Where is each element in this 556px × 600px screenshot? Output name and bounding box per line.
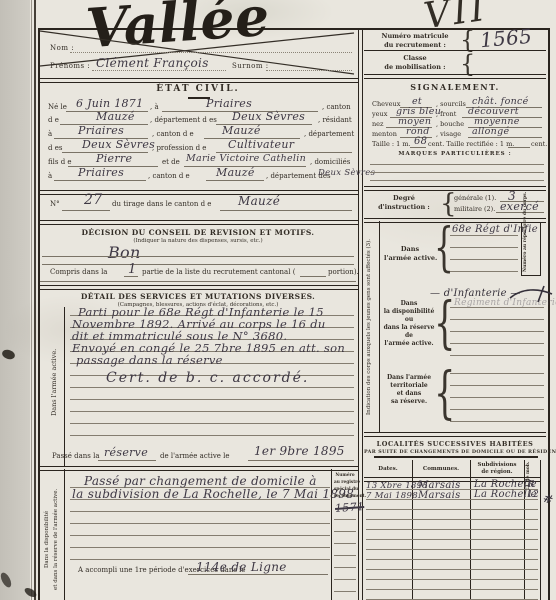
ec-printed: , à [150,103,159,111]
section-divider [38,285,358,290]
recensement-col-line [331,469,332,600]
tirage-no-value: 27 [84,192,102,208]
ec-printed: à [48,130,52,138]
ec-printed: , canton [322,103,351,111]
rule-line [40,281,356,282]
rule-line [124,276,138,277]
reserve-entry: Passé par changement de domicile à [84,474,317,488]
accompli-value: 114e de Ligne [196,560,287,574]
classe-label: de mobilisation : [368,63,462,71]
sig-hand: allongé [472,126,509,137]
classe-label: Classe [368,54,462,62]
col-subdivisions: de région. [470,469,524,475]
ec-printed: Né le [48,103,67,111]
detail-title: DÉTAIL DES SERVICES ET MUTATIONS DIVERSE… [38,292,358,301]
dispo-label: ou [382,316,436,323]
dispo-label: la disponibilité [382,308,436,315]
territoriale-label: territoriale [382,382,436,389]
ec-printed: à [48,172,52,180]
territoriale-label: sa réserve. [382,398,436,405]
sig-printed: , front [436,110,456,118]
ec-hand: Deux Sèvres [232,110,305,123]
recensement-header: Numéro [334,472,356,477]
rule-line [42,256,354,257]
rule-line [188,574,328,575]
ec-hand: Priaires [78,124,124,137]
ec-printed: d e [48,116,59,124]
territoriale-label: et dans [382,390,436,397]
instruction-label: Degré [374,194,434,202]
compris-a: Compris dans la [50,268,107,276]
militaire-label: militaire (2). [454,205,495,213]
ec-hand: Priaires [78,166,124,179]
matricule-value: 1565 [479,24,533,52]
tirage-canton: Mauzé [238,194,280,208]
detail-side-label: Dans l'armée active. [50,325,62,440]
col-subdivisions: Subdivisions [470,462,524,468]
nom-label: Nom : [50,44,74,52]
column-divider [362,28,363,600]
tirage-text: du tirage dans le canton d e [112,200,211,208]
dispo-label: l'armée active. [382,340,436,347]
decision-value: Bon [108,243,141,262]
rule-line [98,460,156,461]
ec-hand: Mauzé [96,110,135,123]
ec-printed: et de [162,158,180,166]
sig-printed: yeux [372,110,387,118]
ruled-lines [334,508,356,598]
ec-hand: Deux Sèvres [82,138,155,151]
ec-printed: , profession d e [152,144,206,152]
passe-v2: 1er 9bre 1895 [254,444,345,458]
loc-commune: Marsais [418,490,461,501]
surnom-label: Surnom : [232,62,269,70]
col-dates: Dates. [364,466,412,472]
reserve-entry: la subdivision de La Rochelle, le 7 Mai … [72,487,354,501]
decision-subtitle: (Indiquer la nature des dispenses, sursi… [38,238,358,244]
ec-printed: , département [304,130,354,138]
rule-line [496,212,544,213]
rule-line [70,52,352,53]
ec-printed: , canton d e [148,172,190,180]
sig-printed: , bouche [436,120,464,128]
rule-line [62,210,110,211]
ec-hand: Deux Sèvres [318,168,375,178]
row-line [364,50,546,51]
rule-line [410,147,426,148]
dispo-label: Dans [382,300,436,307]
dispo-label: dans la réserve [382,324,436,331]
etat-civil-title: ÉTAT CIVIL. [38,84,358,94]
inner-divider [379,221,380,432]
dispo-label: de [382,332,436,339]
subtitle-bar [374,456,538,458]
repertoire-label: Numéro au répertoire du corps. [523,224,537,272]
reserve-side-label: et dans la réserve de l'armée active. [53,478,62,600]
instruction-label: d'instruction : [374,203,434,211]
matricule-label: du recrutement : [368,41,462,49]
passe-v1: réserve [104,446,148,459]
col-communes: Communes. [412,466,470,472]
rule-line [220,210,352,211]
inner-divider [64,469,65,600]
rule-line [42,264,354,265]
tirage-no-label: N° [50,200,60,208]
ec-hand: Priaires [206,97,252,110]
rule-line [300,276,326,277]
prenoms-value: Clément François [96,56,209,70]
corps-side-label: Indication des corps auxquels les jeunes… [366,224,377,430]
signalement-title: SIGNALEMENT. [364,82,546,92]
decision-title: DÉCISION DU CONSEIL DE REVISION ET MOTIF… [38,228,358,237]
reserve-side-label: Dans la disponibilité [44,478,53,600]
ec-printed: fils d e [48,158,72,166]
ec-hand: Mauzé [216,166,255,179]
sig-printed: cent. Taille rectifiée : 1 m. [428,140,514,148]
recensement-header: recensement. [334,493,356,498]
rule-line [266,70,352,71]
localites-title: LOCALITÉS SUCCESSIVES HABITÉES [364,440,546,448]
rule-line [54,180,146,181]
ec-hand: Mauzé [222,124,261,137]
dispo-faint-entry: Régiment d'Infanterie [454,298,556,308]
section-divider [38,78,358,83]
rule-line [92,70,226,71]
section-divider [38,220,358,225]
section-divider [364,74,546,79]
sig-printed: , visage [436,130,461,138]
ec-printed: , résidant [318,116,352,124]
section-divider [38,466,358,471]
ec-hand: Pierre [96,152,132,165]
rule-line [508,147,530,148]
sig-printed: Taille : 1 m. [372,140,411,148]
recensement-header: au registre [334,479,356,484]
ec-printed: , canton d e [152,130,194,138]
loc-date: 7 Mai 1898 [366,491,418,501]
ruled-lines [450,362,544,430]
section-divider [364,432,546,437]
brace: { [460,28,475,52]
ruled-lines [370,157,544,183]
compris-value: 1 [128,262,137,277]
ec-hand: Cultivateur [228,138,294,151]
ec-printed: , département d es [150,116,217,124]
service-entry: passage dans la réserve [76,353,223,367]
ec-hand: 6 Juin 1871 [76,97,143,110]
sig-hand: 68 [414,136,427,147]
inner-divider [64,307,65,466]
loc-classe: 12 [527,490,539,500]
passe-b: de l'armée active le [160,452,230,460]
rule-line [468,137,542,138]
matricule-label: Numéro matricule [368,32,462,40]
armee-active-label: Dans [384,245,436,253]
prenoms-label: Prénoms : [50,62,90,70]
ec-printed: , domiciliés [310,158,350,166]
section-divider [364,218,546,223]
ec-hand: Marie Victoire Cathelin [186,153,306,164]
ec-printed: d es [48,144,62,152]
rule-line [248,460,354,461]
sig-printed: menton [372,130,397,138]
sig-printed: nez [372,120,383,128]
brace: { [460,52,475,76]
generale-label: générale (1). [454,194,496,202]
compris-c: portion). [328,268,359,276]
rule-line [206,180,264,181]
scanned-military-record: Vallée VII Nom : Prénoms : Clément Franç… [0,0,556,600]
compris-b: partie de la liste du recrutement canton… [142,268,295,276]
passe-a: Passé dans la [52,452,100,460]
column-divider [358,28,359,600]
armee-active-label: l'armée active. [384,254,436,262]
recensement-header: spécial du [334,486,356,491]
service-entry: Cert. de b. c. accordé. [106,370,309,386]
territoriale-label: Dans l'armée [382,374,436,381]
sig-printed: cent. [531,140,547,148]
table-line [540,460,541,600]
localites-subtitle: PAR SUITE DE CHANGEMENTS DE DOMICILE OU … [364,449,546,455]
